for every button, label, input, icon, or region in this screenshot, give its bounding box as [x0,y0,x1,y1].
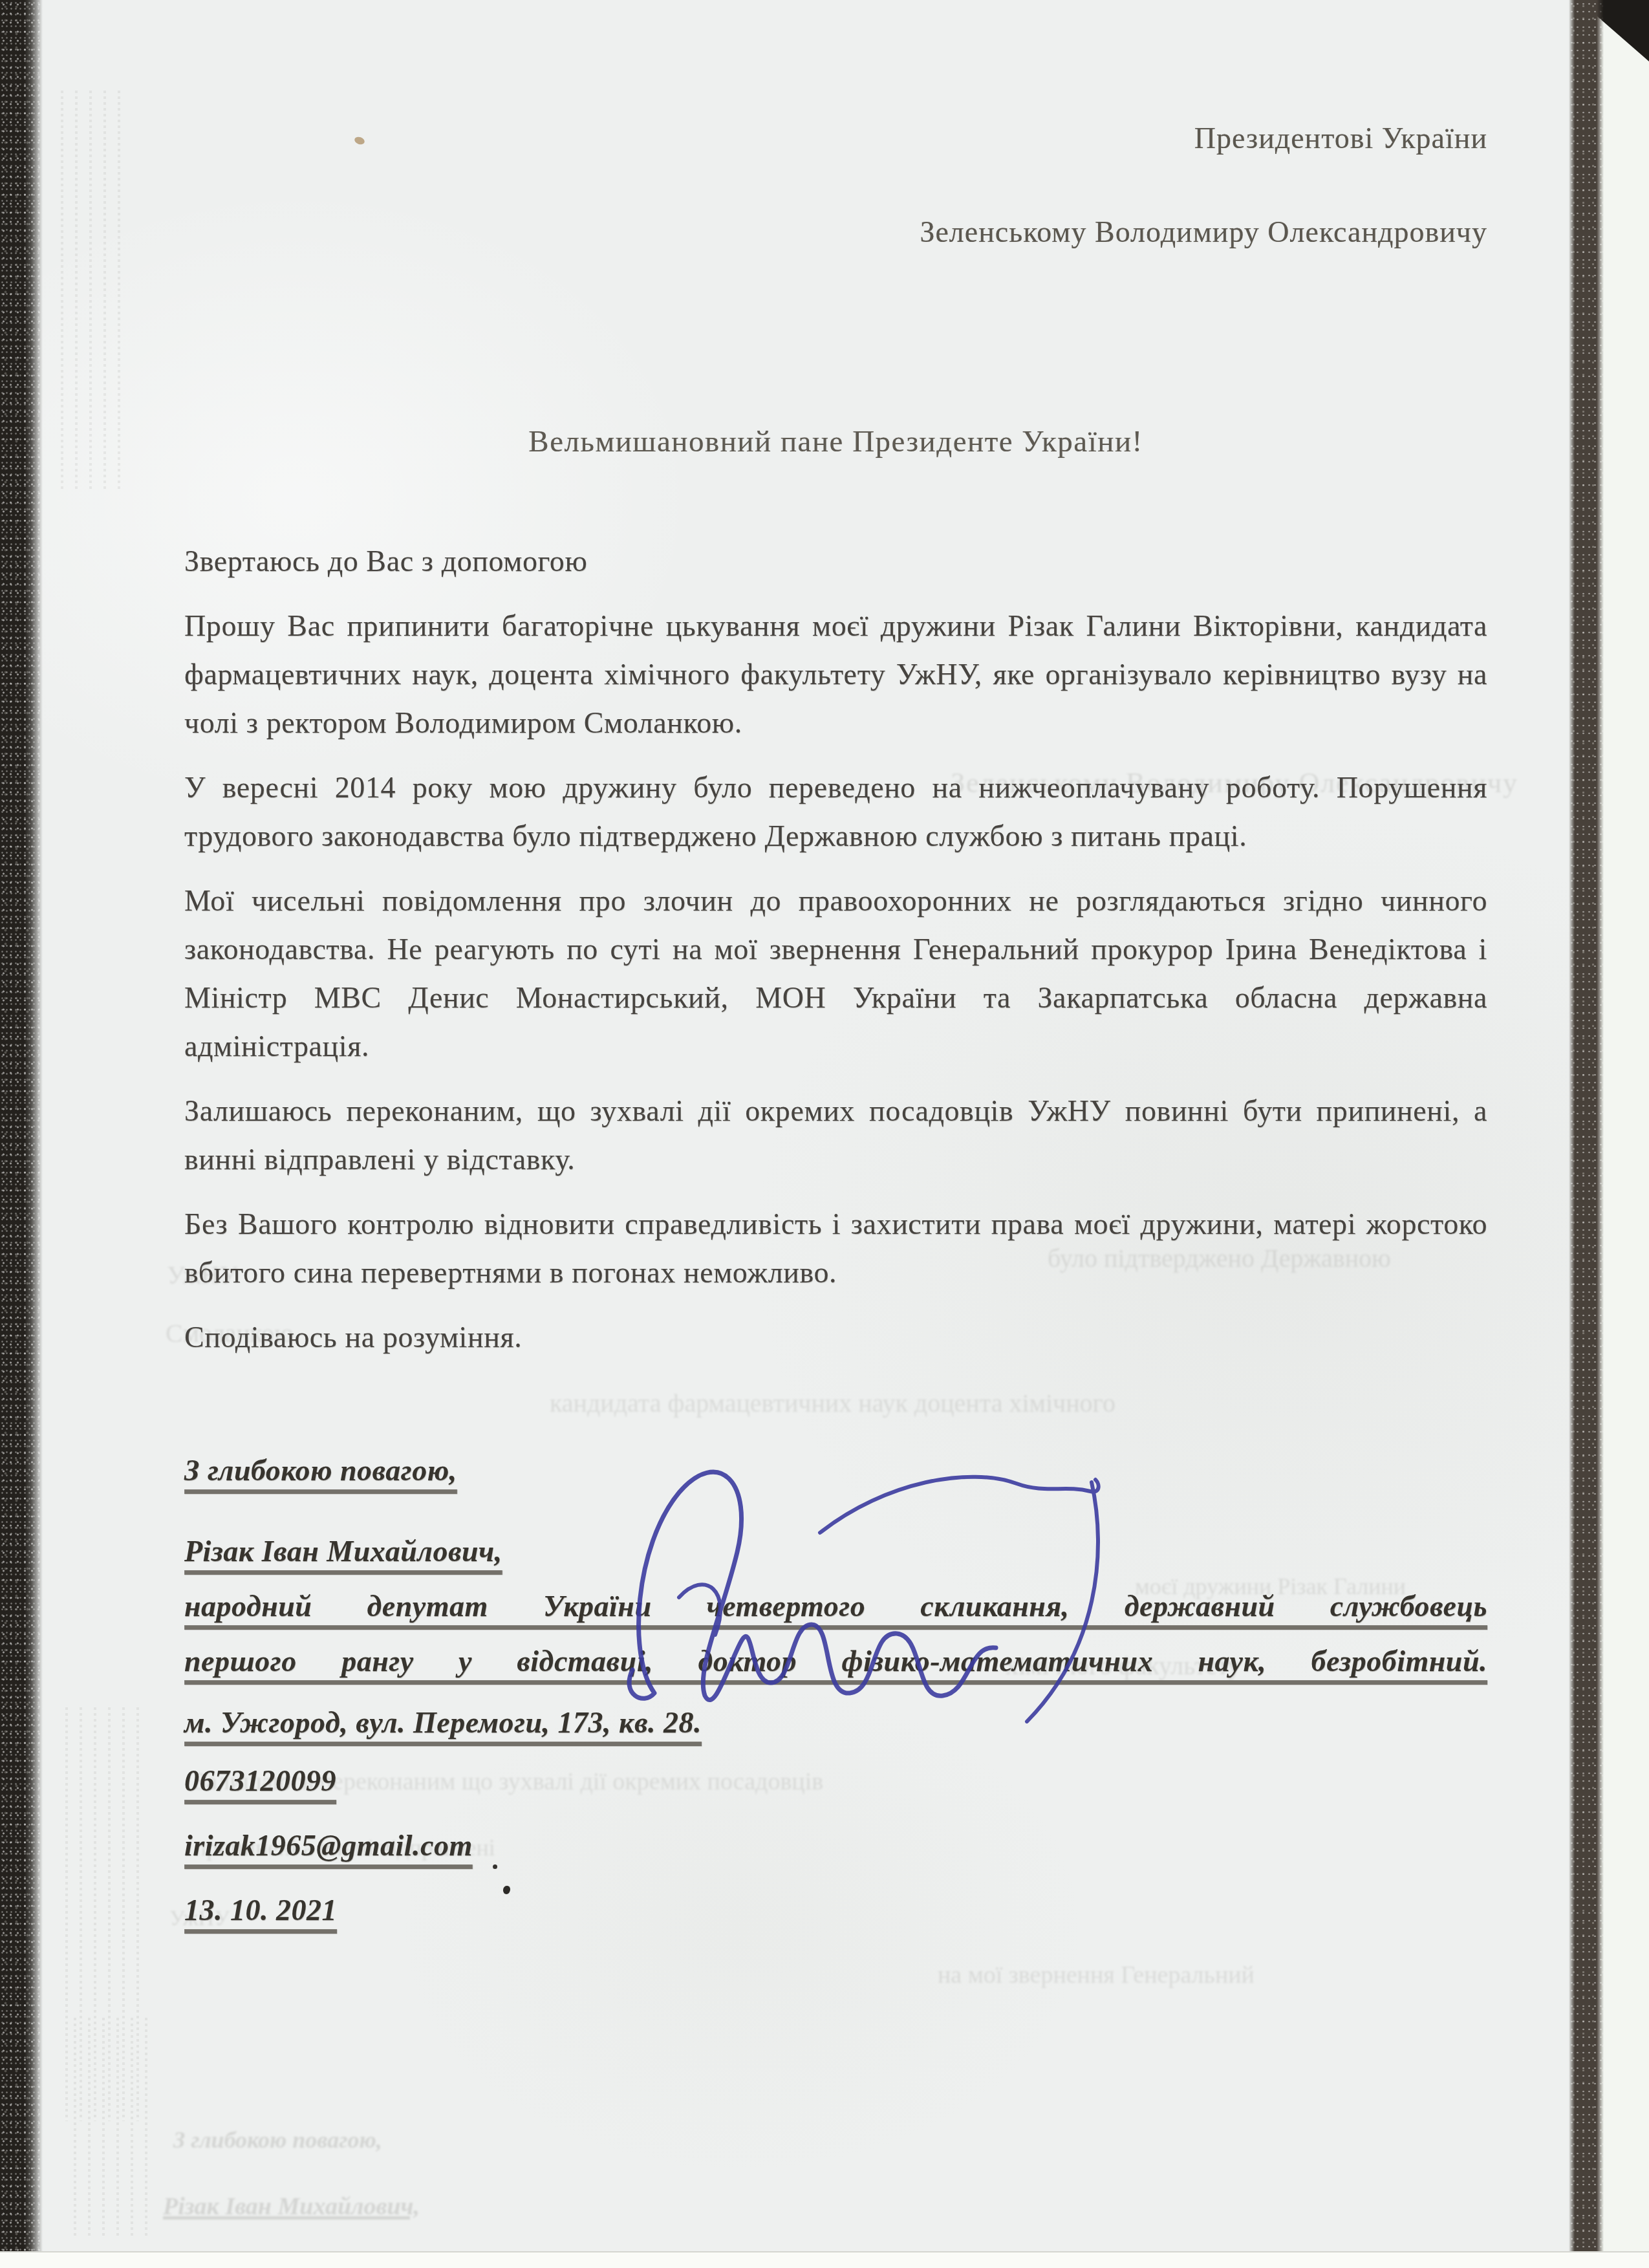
handwritten-signature-icon [582,1442,1164,1727]
closing-regards: З глибокою повагою, [184,1452,457,1489]
letter-date: 13. 10. 2021 [184,1892,337,1929]
paragraph-2014: У вересні 2014 року мою дружину було пер… [184,763,1487,860]
paragraph-reports: Мої чисельні повідомлення про злочин до … [184,876,1487,1070]
paragraph-appeal: Звертаюсь до Вас з допомогою [184,537,1487,585]
recipient-block: Президентові України Зеленському Володим… [184,120,1487,250]
paragraph-hope: Сподіваюсь на розуміння. [184,1313,1487,1361]
paragraph-request: Прошу Вас припинити багаторічне цькуванн… [184,601,1487,747]
sender-name: Різак Іван Михайлович, [184,1533,502,1570]
sender-email: irizak1965@gmail.com [184,1827,473,1864]
recipient-name: Зеленському Володимиру Олександровичу [184,213,1487,250]
letter-body: Президентові України Зеленському Володим… [0,0,1649,2268]
sender-phone: 0673120099 [184,1762,336,1800]
scanned-letter-page: Зеленському Володимиру Олександровичу Уж… [0,0,1649,2268]
recipient-title: Президентові України [184,120,1487,157]
paragraph-control: Без Вашого контролю відновити справедлив… [184,1200,1487,1297]
salutation-line: Вельмишановний пане Президенте України! [184,424,1487,460]
paragraph-conviction: Залишаюсь переконаним, що зухвалі дії ок… [184,1086,1487,1183]
